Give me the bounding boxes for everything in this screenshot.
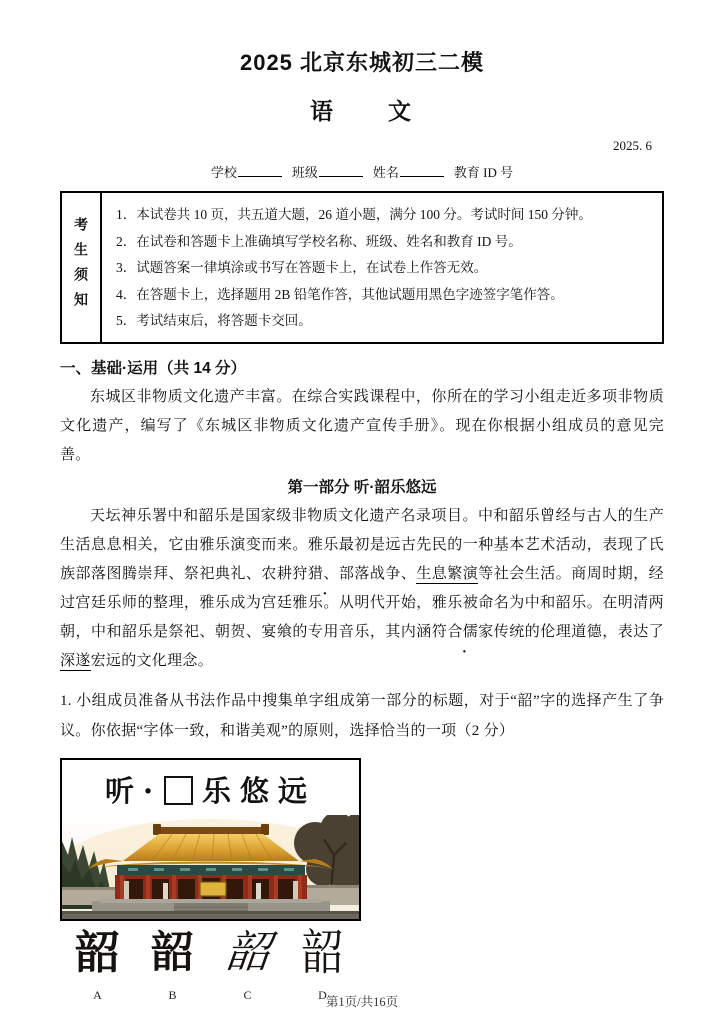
notice-item: 1．本试卷共 10 页，共五道大题，26 道小题，满分 100 分。考试时间 1… [116, 202, 650, 229]
missing-character-box [164, 776, 193, 805]
name-blank [400, 164, 444, 177]
page-number-footer: 第1页/共16页 [0, 992, 724, 1010]
section-intro-paragraph: 东城区非物质文化遗产丰富。在综合实践课程中，你所在的学习小组走近多项非物质文化遗… [60, 383, 664, 470]
id-label: 教育 ID 号 [454, 165, 513, 180]
part-one-heading: 第一部分 听·韶乐悠远 [60, 475, 664, 497]
notice-item: 3．试题答案一律填涂或书写在答题卡上，在试卷上作答无效。 [116, 255, 650, 282]
notice-items: 1．本试卷共 10 页，共五道大题，26 道小题，满分 100 分。考试时间 1… [102, 193, 662, 342]
examinee-notice-box: 考生须知 1．本试卷共 10 页，共五道大题，26 道小题，满分 100 分。考… [60, 191, 664, 344]
exam-date: 2025. 6 [60, 138, 664, 154]
name-label: 姓名 [373, 165, 399, 180]
question-1-text: 1. 小组成员准备从书法作品中搜集单字组成第一部分的标题，对于“韶”字的选择产生… [60, 686, 664, 746]
caption-right-text: 乐悠远 [202, 769, 316, 810]
caption-left-text: 听· [105, 769, 162, 810]
student-info-line: 学校班级姓名教育 ID 号 [60, 162, 664, 181]
class-blank [319, 164, 363, 177]
school-blank [238, 164, 282, 177]
notice-item: 5．考试结束后，将答题卡交回。 [116, 308, 650, 335]
figure-calligraphy-caption: 听·乐悠远 [62, 760, 359, 815]
question-1-figure: 听·乐悠远 [60, 758, 361, 921]
calligraphy-char-c: 韶 [223, 927, 272, 979]
calligraphy-char-d: 韶 [301, 923, 343, 983]
notice-item: 2．在试卷和答题卡上准确填写学校名称、班级、姓名和教育 ID 号。 [116, 229, 650, 256]
exam-title: 2025 北京东城初三二模 [60, 46, 664, 77]
calligraphy-char-b: 韶 [135, 927, 210, 979]
notice-item: 4．在答题卡上，选择题用 2B 铅笔作答，其他试题用黑色字迹签字笔作答。 [116, 282, 650, 309]
notice-side-label: 考生须知 [62, 193, 102, 342]
subject-title: 语 文 [60, 93, 664, 126]
exam-page: 2025 北京东城初三二模 语 文 2025. 6 学校班级姓名教育 ID 号 … [0, 0, 724, 1003]
section-one-heading: 一、基础·运用（共 14 分） [60, 356, 664, 378]
school-label: 学校 [211, 165, 237, 180]
passage-paragraph: 天坛神乐署中和韶乐是国家级非物质文化遗产名录项目。中和韶乐曾经与古人的生产生活息… [60, 502, 664, 676]
calligraphy-char-a: 韶 [60, 927, 135, 979]
temple-photo [62, 815, 359, 919]
class-label: 班级 [292, 165, 318, 180]
